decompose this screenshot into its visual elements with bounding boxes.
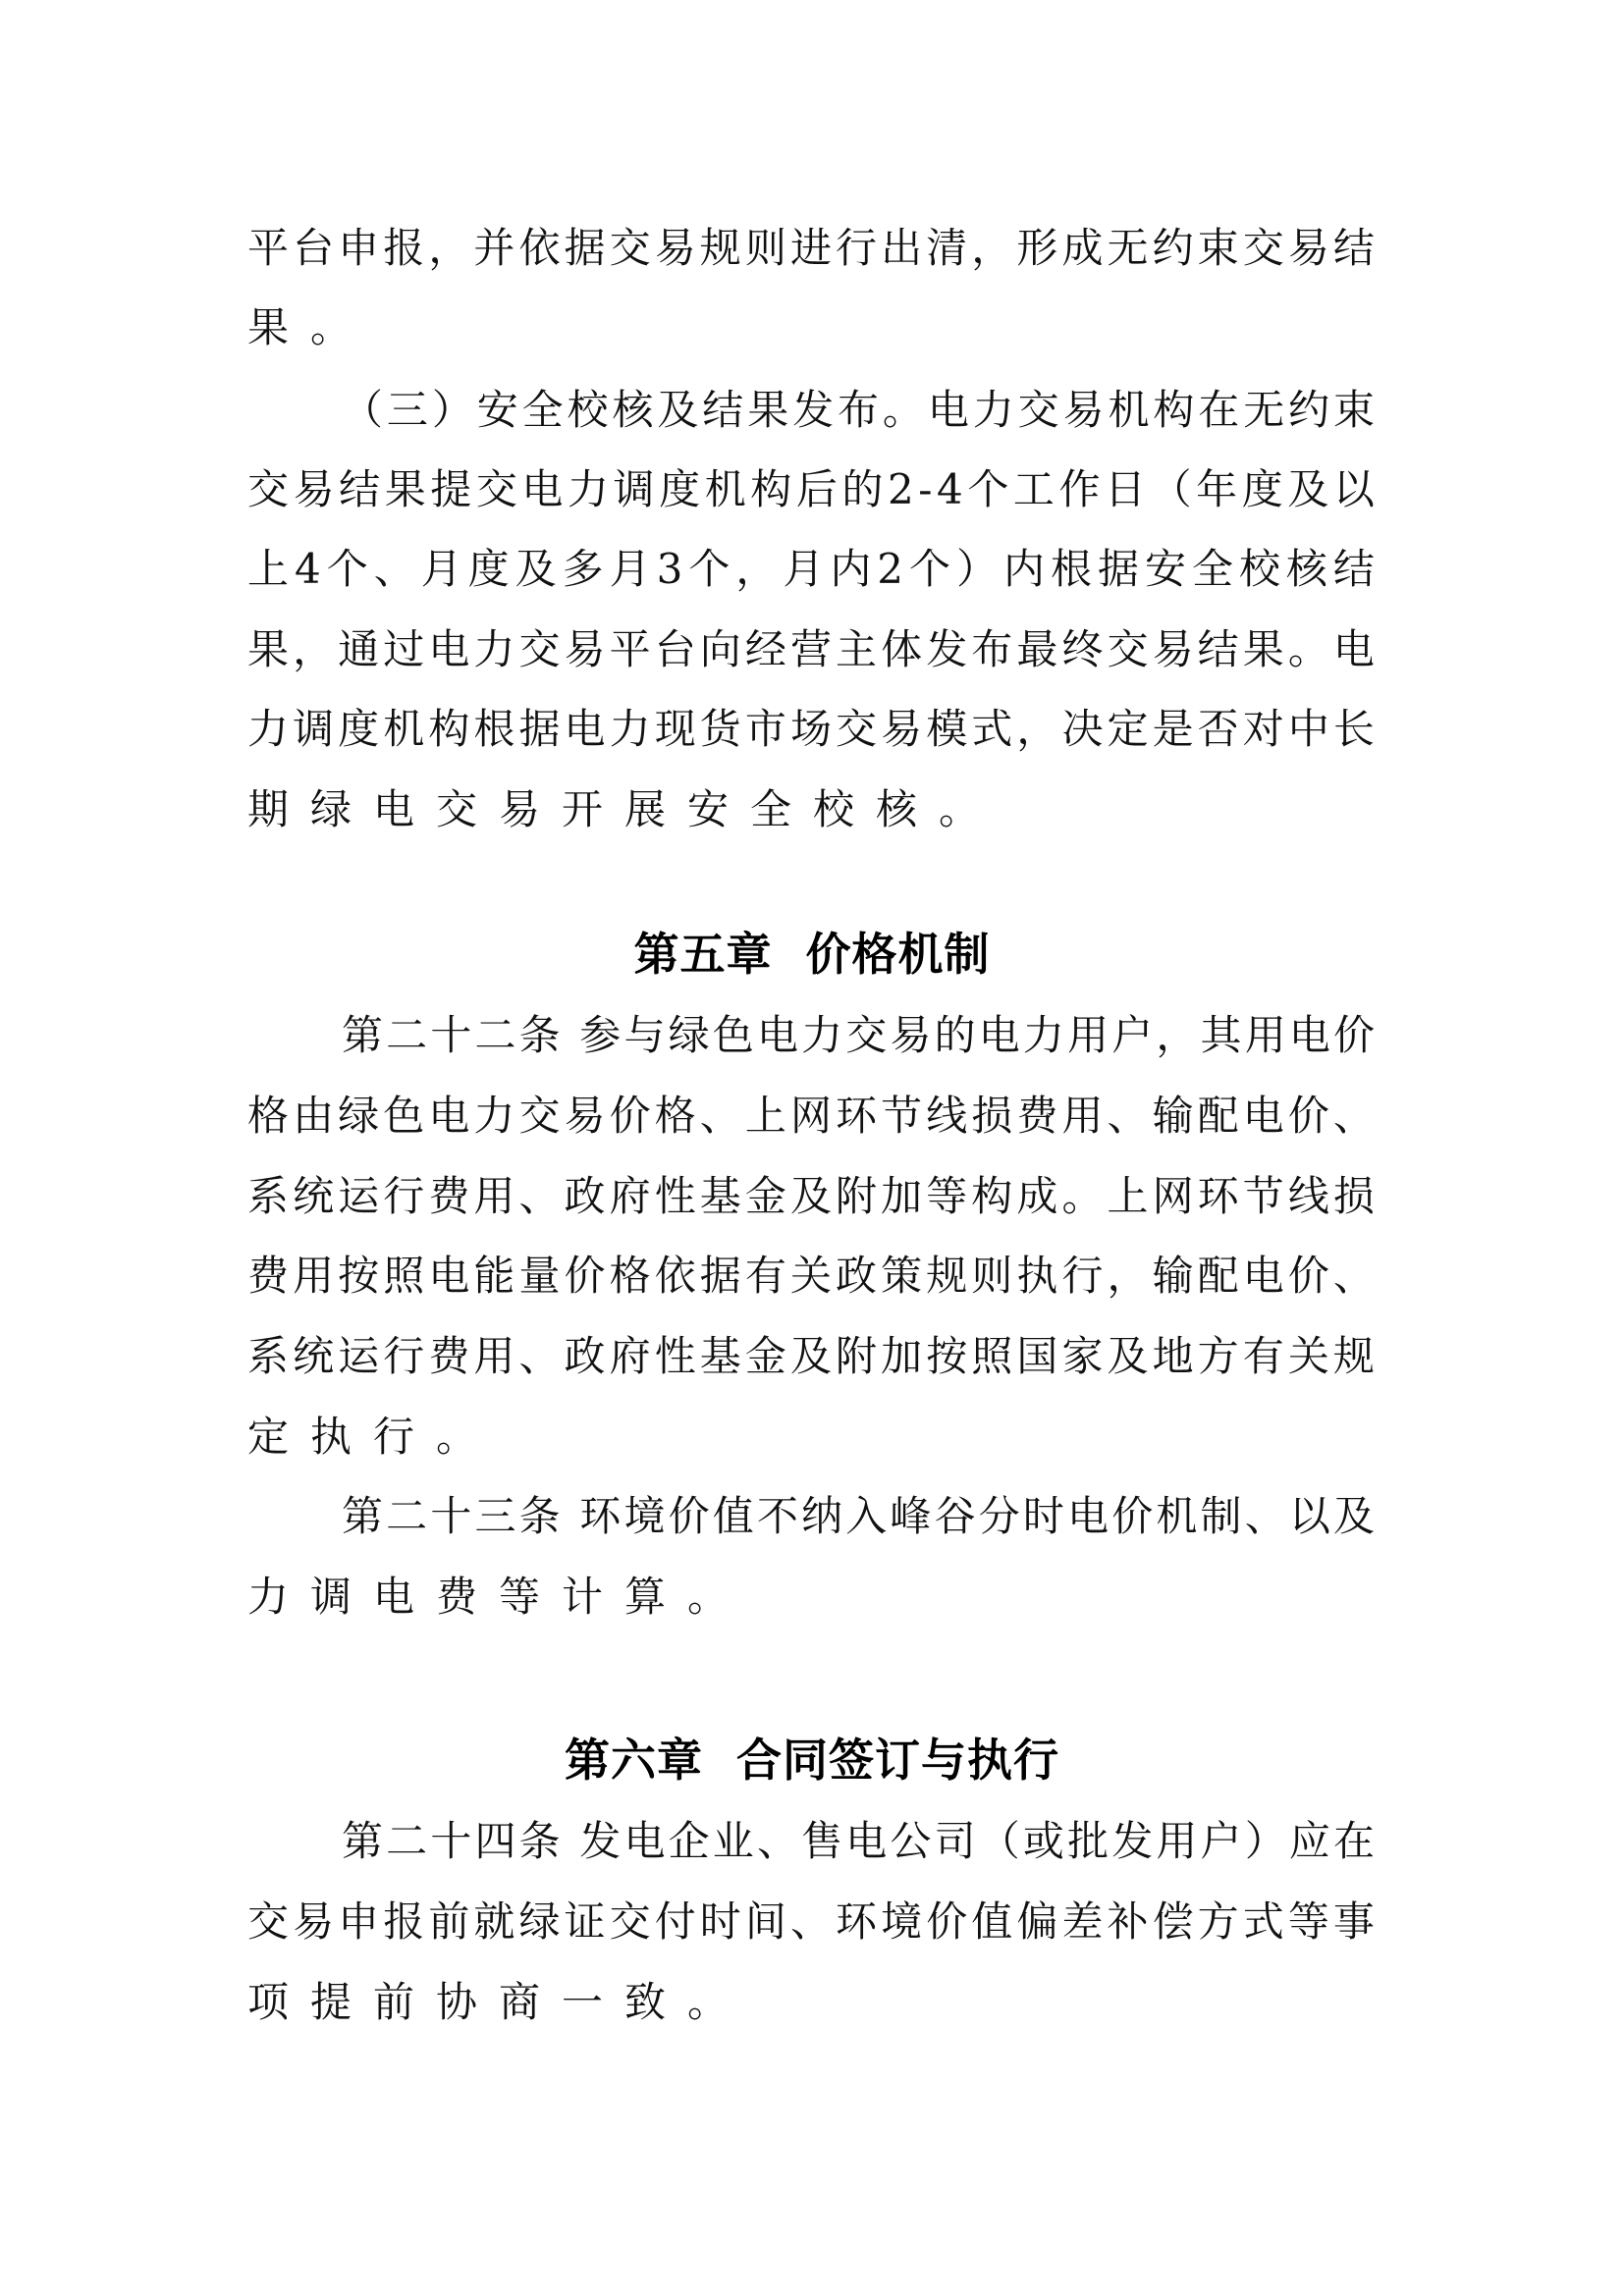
paragraph-line: 费用按照电能量价格依据有关政策规则执行，输配电价、	[247, 1245, 1386, 1308]
paragraph-line: 期绿电交易开展安全校核。	[247, 778, 1386, 841]
document-page: 平台申报，并依据交易规则进行出清，形成无约束交易结果。（三）安全校核及结果发布。…	[0, 0, 1624, 2296]
paragraph-line: 力调度机构根据电力现货市场交易模式，决定是否对中长	[247, 698, 1386, 761]
paragraph-line: 上4个、月度及多月3个，月内2个）内根据安全校核结	[247, 538, 1386, 601]
paragraph-first-line: 第二十四条 发电企业、售电公司（或批发用户）应在	[342, 1810, 1481, 1873]
chapter-heading: 第五章 价格机制	[0, 923, 1624, 986]
paragraph-line: 平台申报，并依据交易规则进行出清，形成无约束交易结	[247, 217, 1386, 280]
paragraph-line: 定执行。	[247, 1406, 1386, 1468]
paragraph-line: 果，通过电力交易平台向经营主体发布最终交易结果。电	[247, 618, 1386, 681]
paragraph-first-line: 第二十三条 环境价值不纳入峰谷分时电价机制、以及	[342, 1485, 1481, 1548]
paragraph-line: 格由绿色电力交易价格、上网环节线损费用、输配电价、	[247, 1085, 1386, 1148]
paragraph-line: 系统运行费用、政府性基金及附加按照国家及地方有关规	[247, 1325, 1386, 1388]
paragraph-line: 项提前协商一致。	[247, 1971, 1386, 2034]
paragraph-first-line: （三）安全校核及结果发布。电力交易机构在无约束	[342, 379, 1481, 442]
paragraph-line: 果。	[247, 296, 1386, 359]
paragraph-line: 力调电费等计算。	[247, 1566, 1386, 1629]
paragraph-line: 交易结果提交电力调度机构后的2-4个工作日（年度及以	[247, 458, 1386, 521]
paragraph-first-line: 第二十二条 参与绿色电力交易的电力用户，其用电价	[342, 1004, 1481, 1067]
paragraph-line: 系统运行费用、政府性基金及附加等构成。上网环节线损	[247, 1165, 1386, 1228]
paragraph-line: 交易申报前就绿证交付时间、环境价值偏差补偿方式等事	[247, 1891, 1386, 1953]
chapter-heading: 第六章 合同签订与执行	[0, 1729, 1624, 1791]
